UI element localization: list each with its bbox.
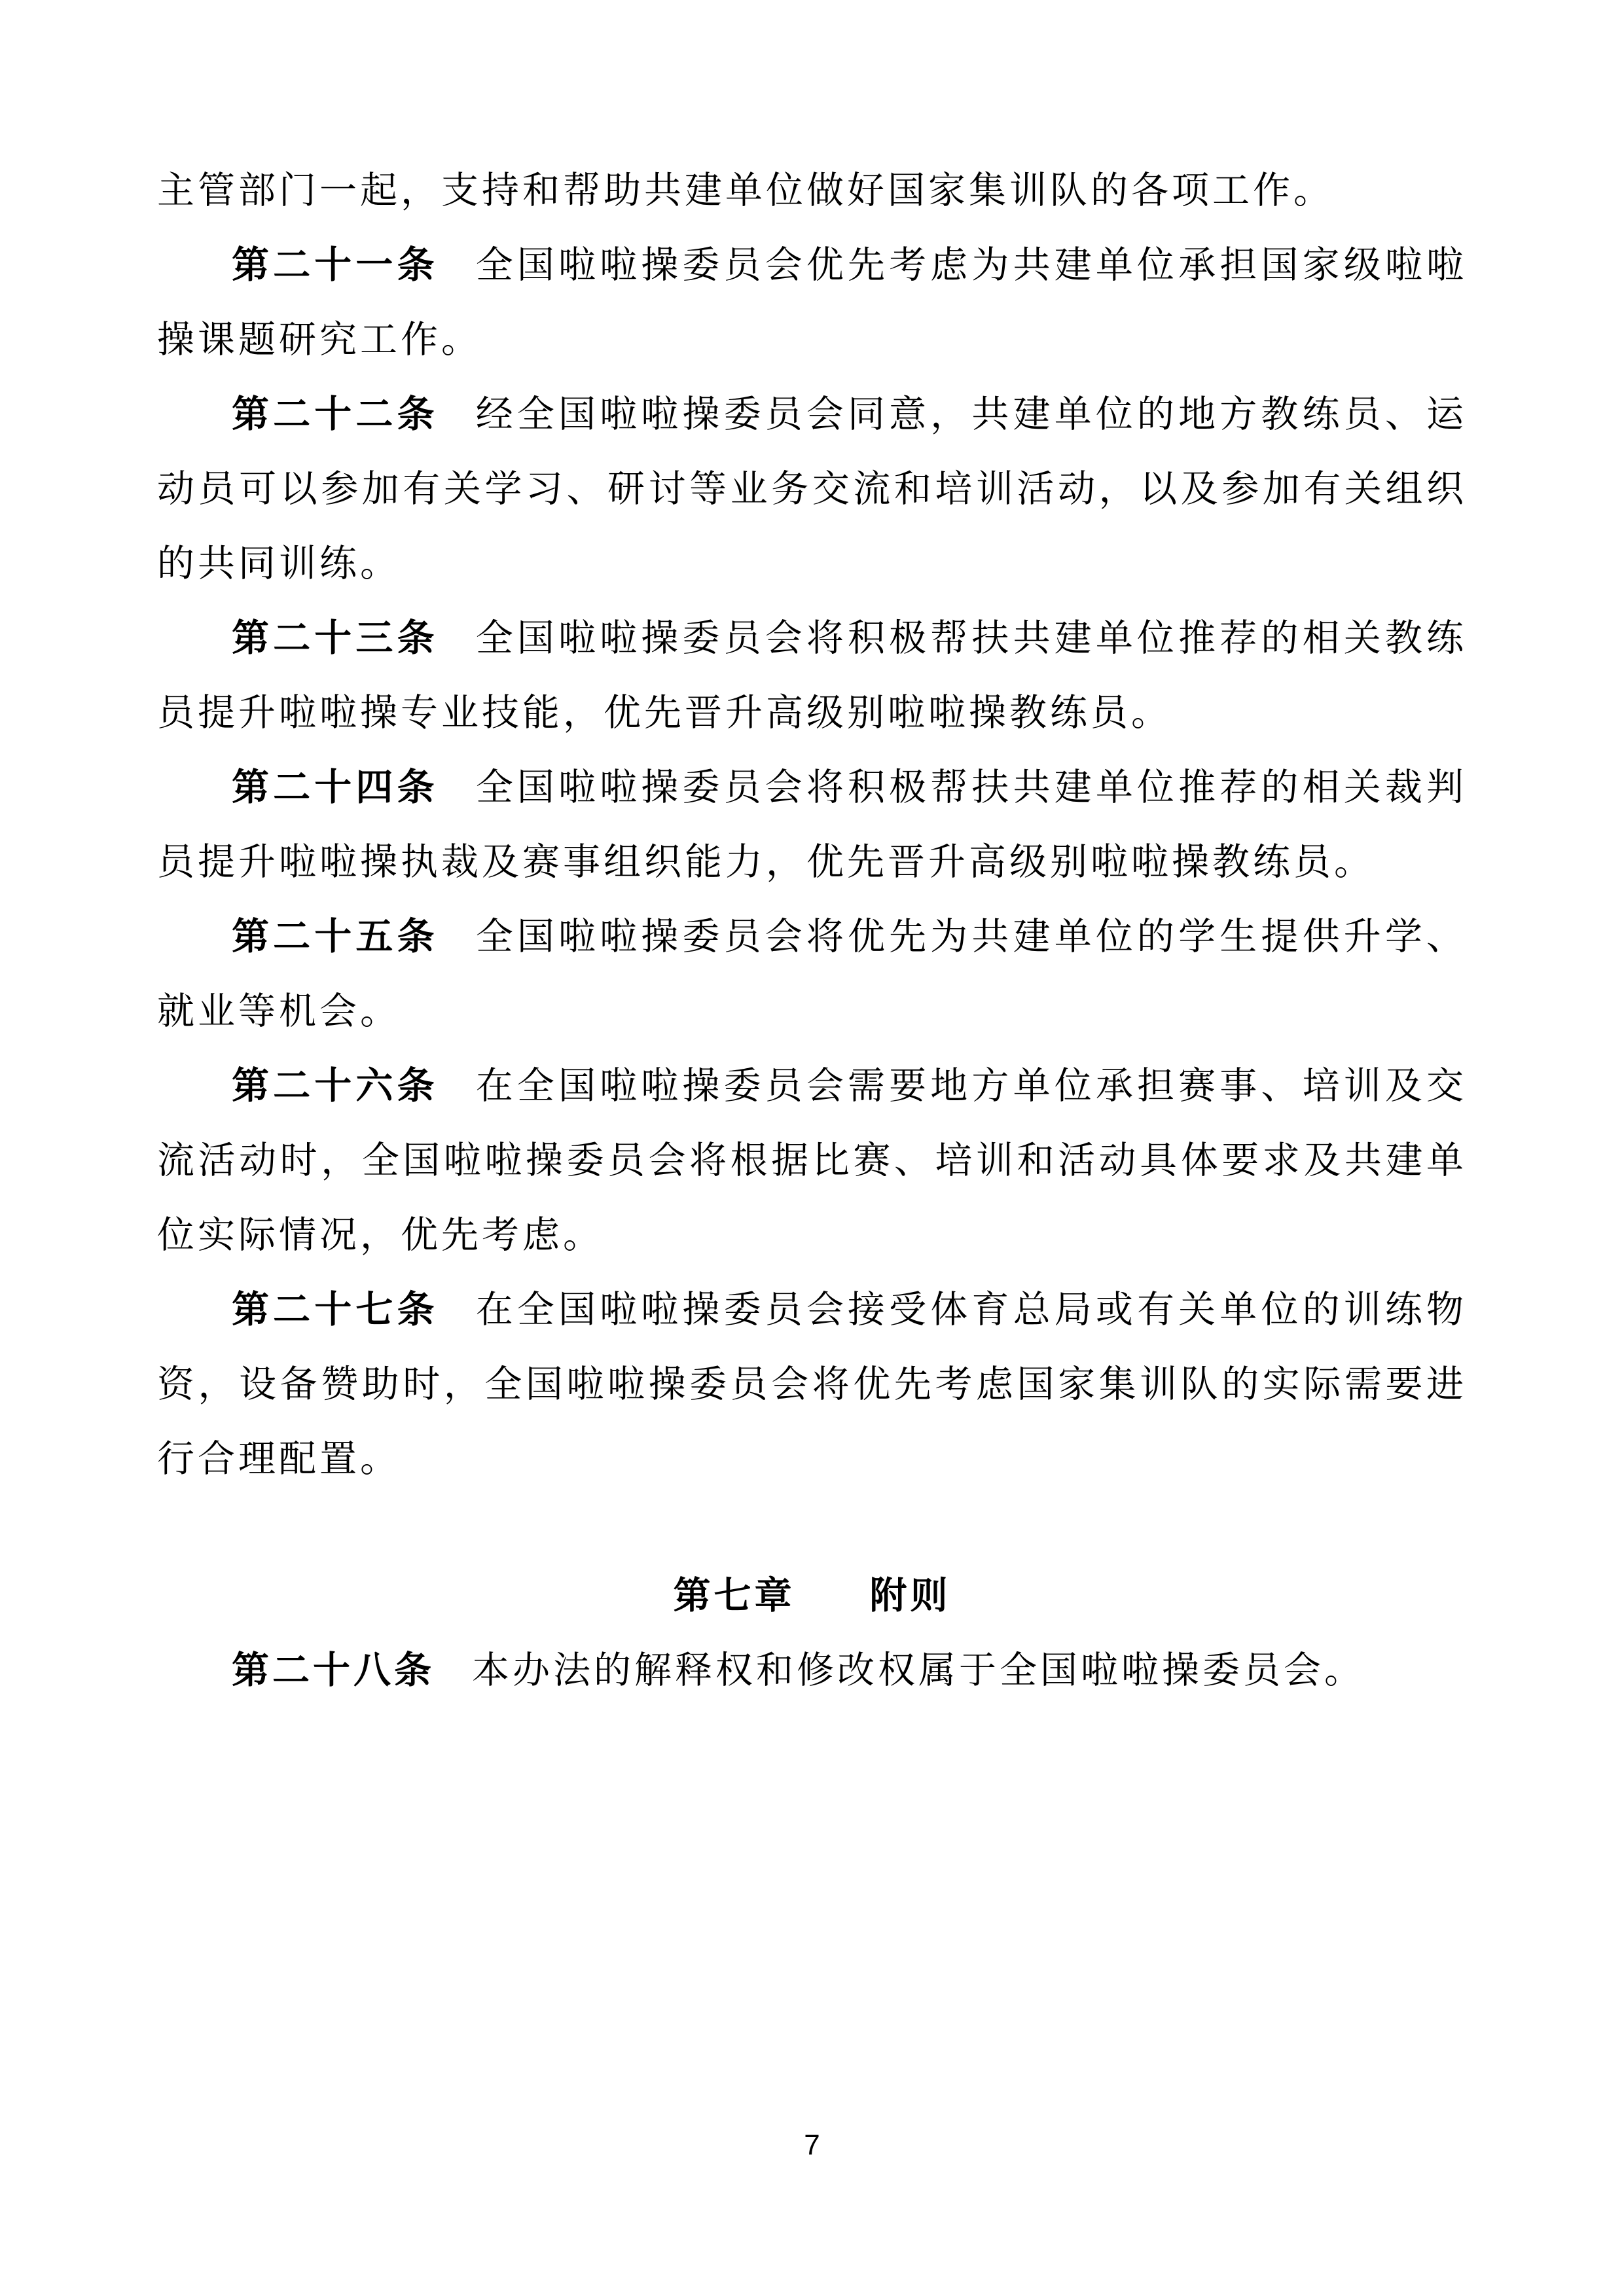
article-23-number: 第二十三条 — [232, 618, 439, 659]
article-24-number: 第二十四条 — [232, 767, 439, 808]
article-28-number: 第二十八条 — [232, 1650, 435, 1691]
article-22: 第二十二条经全国啦啦操委员会同意，共建单位的地方教练员、运动员可以参加有关学习、… — [157, 378, 1467, 601]
article-22-number: 第二十二条 — [232, 394, 439, 435]
chapter-number: 第七章 — [674, 1575, 795, 1617]
article-28-text: 本办法的解释权和修改权属于全国啦啦操委员会。 — [472, 1650, 1365, 1691]
article-21-number: 第二十一条 — [232, 245, 439, 286]
article-25-number: 第二十五条 — [232, 916, 439, 958]
article-24: 第二十四条全国啦啦操委员会将积极帮扶共建单位推荐的相关裁判员提升啦啦操执裁及赛事… — [157, 751, 1467, 900]
article-21: 第二十一条全国啦啦操委员会优先考虑为共建单位承担国家级啦啦操课题研究工作。 — [157, 228, 1467, 378]
document-page: 主管部门一起，支持和帮助共建单位做好国家集训队的各项工作。 第二十一条全国啦啦操… — [0, 0, 1624, 2296]
article-26-number: 第二十六条 — [232, 1066, 439, 1107]
chapter-heading: 第七章附则 — [157, 1559, 1467, 1634]
chapter-title: 附则 — [870, 1575, 951, 1617]
article-27: 第二十七条在全国啦啦操委员会接受体育总局或有关单位的训练物资，设备赞助时，全国啦… — [157, 1273, 1467, 1497]
article-25: 第二十五条全国啦啦操委员会将优先为共建单位的学生提供升学、就业等机会。 — [157, 900, 1467, 1049]
paragraph-continuation: 主管部门一起，支持和帮助共建单位做好国家集训队的各项工作。 — [157, 154, 1467, 228]
page-number: 7 — [0, 2126, 1624, 2165]
document-body: 主管部门一起，支持和帮助共建单位做好国家集训队的各项工作。 第二十一条全国啦啦操… — [157, 154, 1467, 1708]
article-23: 第二十三条全国啦啦操委员会将积极帮扶共建单位推荐的相关教练员提升啦啦操专业技能，… — [157, 601, 1467, 751]
article-26: 第二十六条在全国啦啦操委员会需要地方单位承担赛事、培训及交流活动时，全国啦啦操委… — [157, 1049, 1467, 1273]
article-28: 第二十八条本办法的解释权和修改权属于全国啦啦操委员会。 — [157, 1634, 1467, 1708]
article-27-number: 第二十七条 — [232, 1289, 439, 1331]
